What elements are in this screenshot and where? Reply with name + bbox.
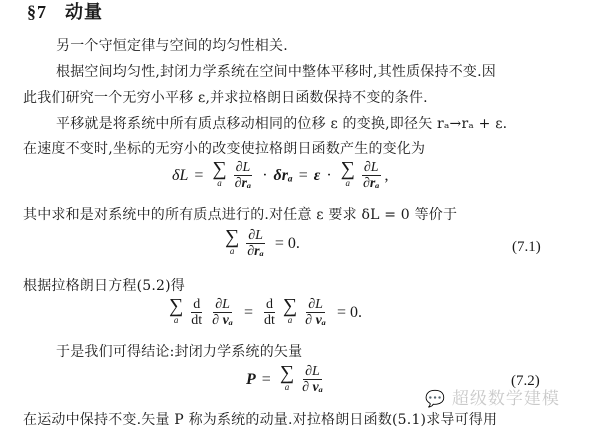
paragraph-7: 在运动中保持不变.矢量 P 称为系统的动量.对拉格朗日函数(5.1)求导可得用 xyxy=(23,410,497,430)
equation-lagrange: ∑a ddt ∂L∂ vₐ = ddt ∑a ∂L∂ vₐ = 0. xyxy=(166,297,368,328)
watermark: 💬超级数学建模 xyxy=(425,384,560,409)
paragraph-5: 根据拉格朗日方程(5.2)得 xyxy=(23,276,185,296)
paragraph-6: 于是我们可得结论:封闭力学系统的矢量 xyxy=(56,342,302,362)
equation-delta-l: δL= ∑a ∂L∂rₐ ·δrₐ =ε · ∑a ∂L∂rₐ, xyxy=(172,160,389,191)
equation-7-2: P= ∑a ∂L∂ vₐ xyxy=(246,364,328,395)
section-number: §7 xyxy=(27,2,47,22)
paragraph-4: 其中求和是对系统中的所有质点进行的.对任意 ε 要求 δL = 0 等价于 xyxy=(23,205,457,225)
paragraph-1: 另一个守恒定律与空间的均匀性相关. xyxy=(56,36,288,56)
paragraph-2-line-1: 根据空间均匀性,封闭力学系统在空间中整体平移时,其性质保持不变.因 xyxy=(56,62,496,82)
section-heading: §7动量 xyxy=(27,0,103,24)
equation-7-1: ∑a ∂L∂rₐ = 0. xyxy=(222,228,306,259)
wechat-icon: 💬 xyxy=(425,389,446,408)
paragraph-3-line-2: 在速度不变时,坐标的无穷小的改变使拉格朗日函数产生的变化为 xyxy=(23,139,425,159)
watermark-text: 超级数学建模 xyxy=(452,389,560,409)
paragraph-2-line-2: 此我们研究一个无穷小平移 ε,并求拉格朗日函数保持不变的条件. xyxy=(23,88,428,108)
section-title: 动量 xyxy=(65,2,103,23)
equation-label-7-1: (7.1) xyxy=(512,239,541,256)
paragraph-3-line-1: 平移就是将系统中所有质点移动相同的位移 ε 的变换,即径矢 rₐ→rₐ + ε. xyxy=(56,114,507,134)
